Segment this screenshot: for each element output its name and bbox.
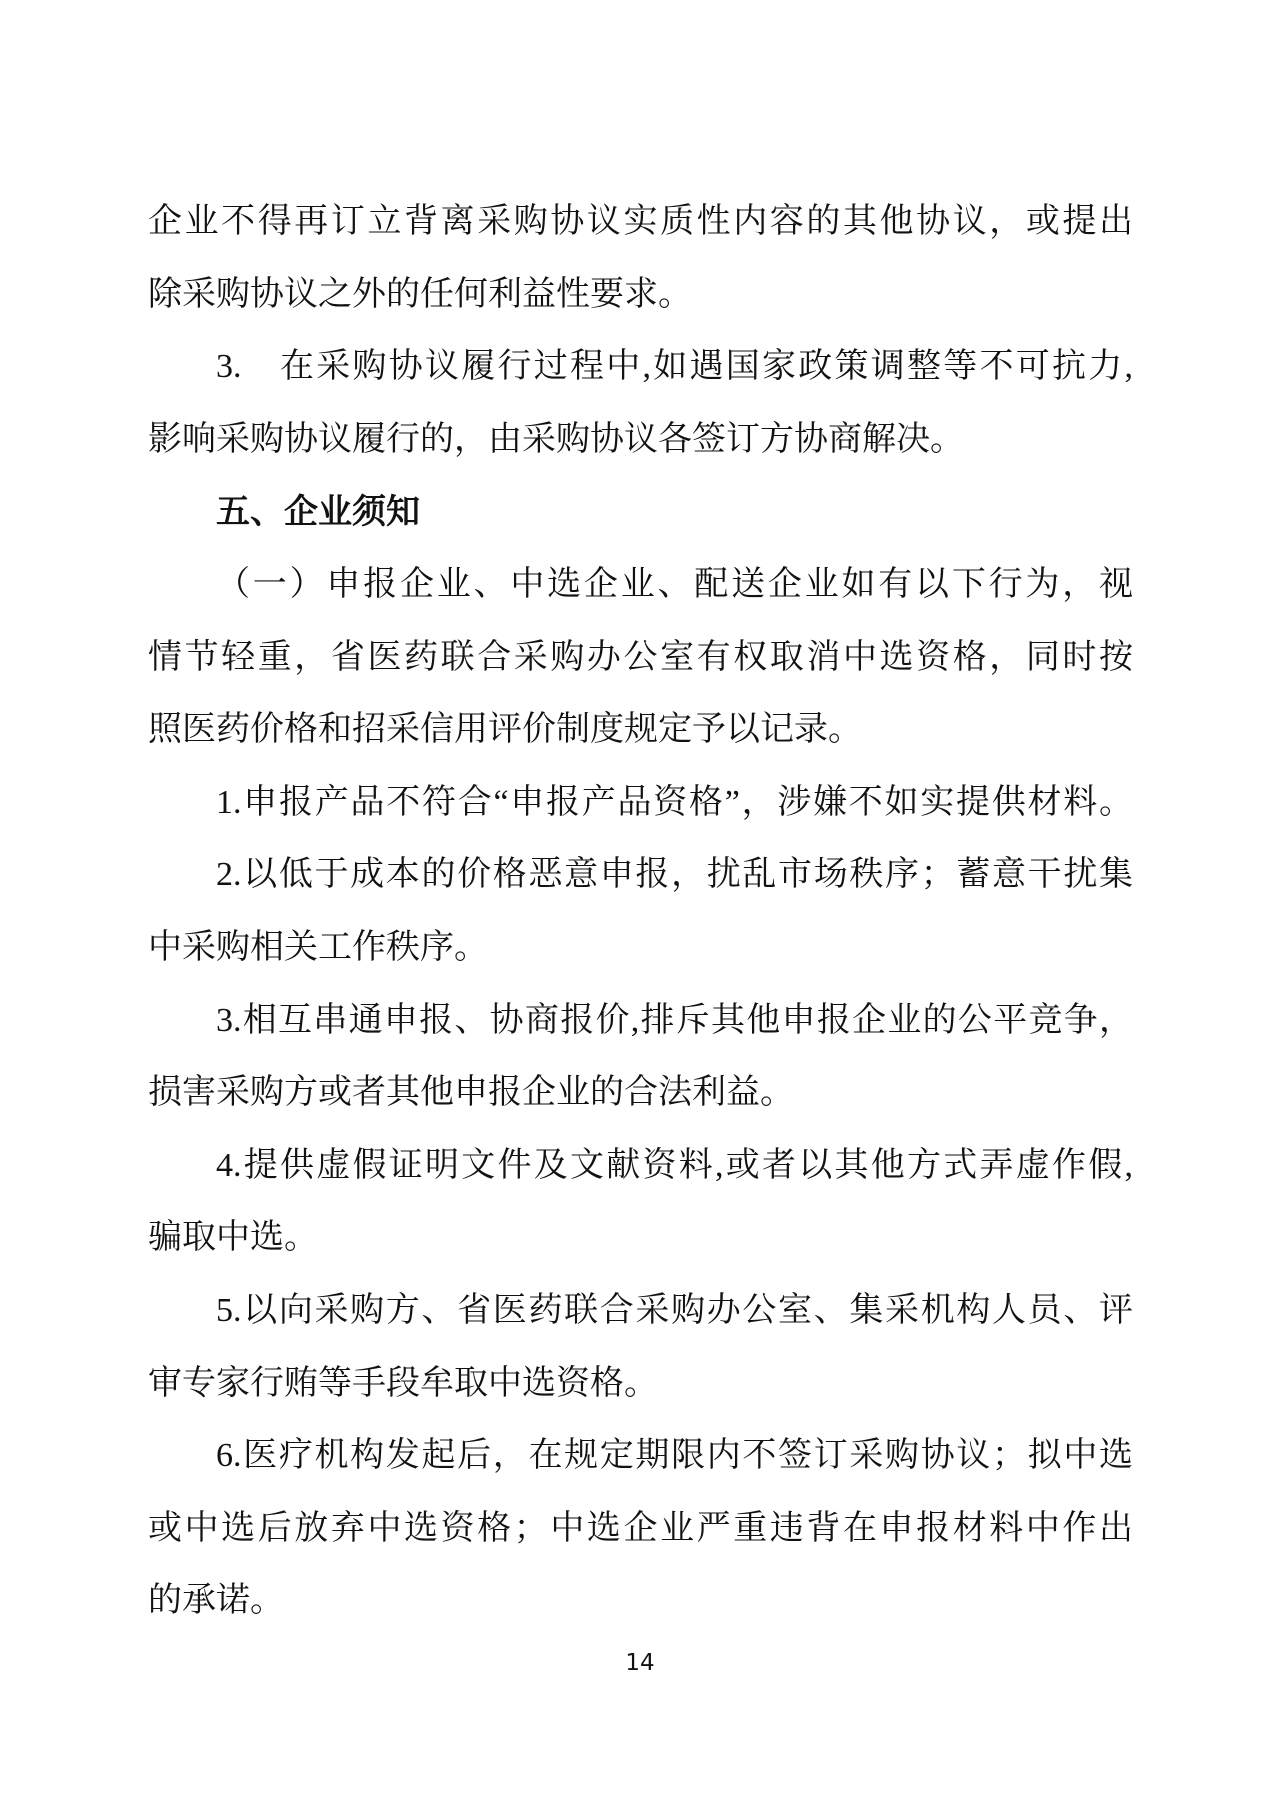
- paragraph-line: 企业不得再订立背离采购协议实质性内容的其他协议，或提出: [148, 186, 1133, 259]
- paragraph-line: 5.以向采购方、省医药联合采购办公室、集采机构人员、评: [148, 1275, 1133, 1348]
- paragraph-line: 审专家行贿等手段牟取中选资格。: [148, 1348, 1133, 1421]
- paragraph-line: 1.申报产品不符合“申报产品资格”，涉嫌不如实提供材料。: [148, 767, 1133, 840]
- document-page: 企业不得再订立背离采购协议实质性内容的其他协议，或提出 除采购协议之外的任何利益…: [0, 0, 1280, 1810]
- paragraph-line: 中采购相关工作秩序。: [148, 912, 1133, 985]
- paragraph-line: 除采购协议之外的任何利益性要求。: [148, 259, 1133, 332]
- paragraph-line: 的承诺。: [148, 1565, 1133, 1638]
- paragraph-line: 或中选后放弃中选资格；中选企业严重违背在申报材料中作出: [148, 1493, 1133, 1566]
- paragraph-line: 骗取中选。: [148, 1202, 1133, 1275]
- paragraph-line: 6.医疗机构发起后，在规定期限内不签订采购协议；拟中选: [148, 1420, 1133, 1493]
- paragraph-line: 损害采购方或者其他申报企业的合法利益。: [148, 1057, 1133, 1130]
- paragraph-line: 3. 在采购协议履行过程中,如遇国家政策调整等不可抗力,: [148, 331, 1133, 404]
- paragraph-line: 2.以低于成本的价格恶意申报，扰乱市场秩序；蓄意干扰集: [148, 839, 1133, 912]
- paragraph-line: 照医药价格和招采信用评价制度规定予以记录。: [148, 694, 1133, 767]
- page-number: 14: [0, 1646, 1280, 1680]
- paragraph-line: 4.提供虚假证明文件及文献资料,或者以其他方式弄虚作假,: [148, 1130, 1133, 1203]
- paragraph-line: （一）申报企业、中选企业、配送企业如有以下行为，视: [148, 549, 1133, 622]
- paragraph-line: 影响采购协议履行的，由采购协议各签订方协商解决。: [148, 404, 1133, 477]
- section-heading: 五、企业须知: [148, 476, 1133, 549]
- paragraph-line: 情节轻重，省医药联合采购办公室有权取消中选资格，同时按: [148, 622, 1133, 695]
- document-body: 企业不得再订立背离采购协议实质性内容的其他协议，或提出 除采购协议之外的任何利益…: [148, 186, 1133, 1638]
- paragraph-line: 3.相互串通申报、协商报价,排斥其他申报企业的公平竞争，: [148, 985, 1133, 1058]
